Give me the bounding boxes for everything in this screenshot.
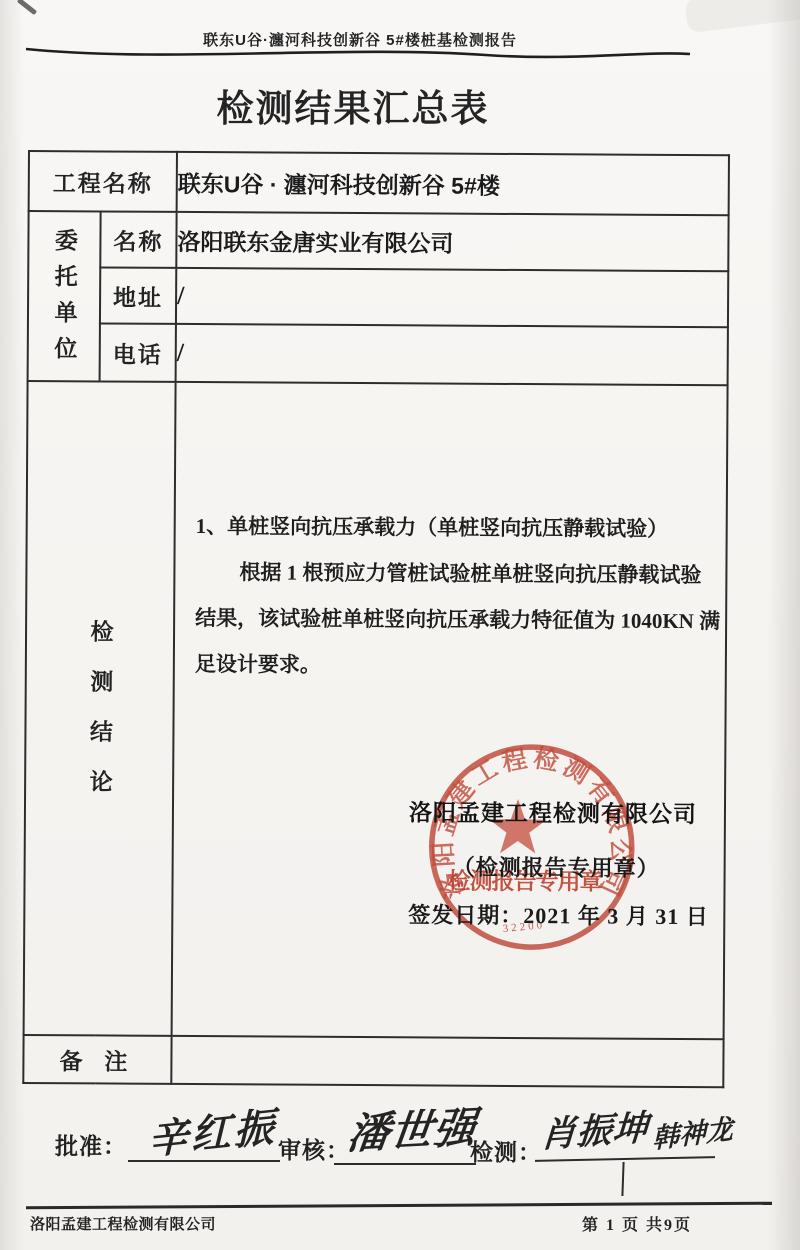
project-row: 工程名称 联东U谷 · 瀍河科技创新谷 5#楼 (29, 151, 729, 215)
footer-company-name: 洛阳孟建工程检测有限公司 (30, 1213, 216, 1234)
conclusion-line: 1、单桩竖向抗压承载力（单桩竖向抗压静载试验） (196, 503, 720, 552)
conclusion-label: 检测结论 (24, 381, 176, 1036)
summary-table: 工程名称 联东U谷 · 瀍河科技创新谷 5#楼 委托单位 名称 洛阳联东金唐实业… (22, 150, 730, 1088)
project-name-value: 联东U谷 · 瀍河科技创新谷 5#楼 (177, 152, 729, 215)
client-address-row: 地址 / (28, 267, 728, 327)
stamp-issue-date: 签发日期：2021 年 3 月 31 日 (408, 898, 709, 931)
client-unit-label: 委托单位 (28, 211, 101, 381)
test-label: 检测： (470, 1134, 542, 1167)
client-phone-label: 电话 (100, 323, 176, 381)
remark-row: 备 注 (23, 1035, 723, 1087)
review-signature-line (334, 1163, 476, 1165)
client-address-value: / (176, 268, 728, 327)
conclusion-row: 检测结论 1、单桩竖向抗压承载力（单桩竖向抗压静载试验） 根据 1 根预应力管桩… (24, 381, 728, 1039)
conclusion-line: 足设计要求。 (195, 641, 719, 690)
conclusion-line: 结果，该试验桩单桩竖向抗压承载力特征值为 1040KN 满 (195, 595, 719, 644)
test-signature-1: 肖振坤 (539, 1100, 650, 1158)
approve-signature: 辛红振 (148, 1095, 276, 1166)
conclusion-line: 根据 1 根预应力管桩试验桩单桩竖向抗压静载试验 (195, 549, 719, 598)
header-rule-line (24, 42, 692, 62)
client-name-label: 名称 (100, 211, 176, 267)
client-phone-row: 电话 / (28, 323, 728, 385)
client-name-value: 洛阳联东金唐实业有限公司 (176, 212, 728, 271)
approve-label: 批准： (55, 1128, 127, 1161)
stamp-seal-note: （检测报告专用章） (453, 851, 660, 883)
test-signature-2: 韩神龙 (652, 1107, 733, 1156)
stamp-company-name: 洛阳孟建工程检测有限公司 (409, 794, 697, 829)
footer-page-number: 第 1 页 共9页 (582, 1212, 692, 1235)
remark-label: 备 注 (23, 1035, 171, 1084)
client-name-row: 委托单位 名称 洛阳联东金唐实业有限公司 (28, 211, 728, 271)
client-address-label: 地址 (100, 267, 176, 323)
review-label: 审核： (278, 1132, 350, 1165)
remark-value (171, 1036, 723, 1087)
conclusion-cell: 1、单桩竖向抗压承载力（单桩竖向抗压静载试验） 根据 1 根预应力管桩试验桩单桩… (172, 382, 728, 1039)
client-phone-value: / (176, 324, 728, 385)
signature-stray-stroke (621, 1162, 625, 1196)
footer-rule-line (26, 1202, 772, 1210)
conclusion-text: 1、单桩竖向抗压承载力（单桩竖向抗压静载试验） 根据 1 根预应力管桩试验桩单桩… (195, 503, 720, 690)
project-name-label: 工程名称 (29, 151, 177, 212)
scanned-report-page: 联东U谷·瀍河科技创新谷 5#楼桩基检测报告 检测结果汇总表 工程名称 联东U谷… (0, 0, 800, 1250)
document-title: 检测结果汇总表 (0, 78, 706, 132)
scan-artifact-mark (17, 0, 37, 15)
review-signature: 潘世强 (344, 1094, 480, 1161)
